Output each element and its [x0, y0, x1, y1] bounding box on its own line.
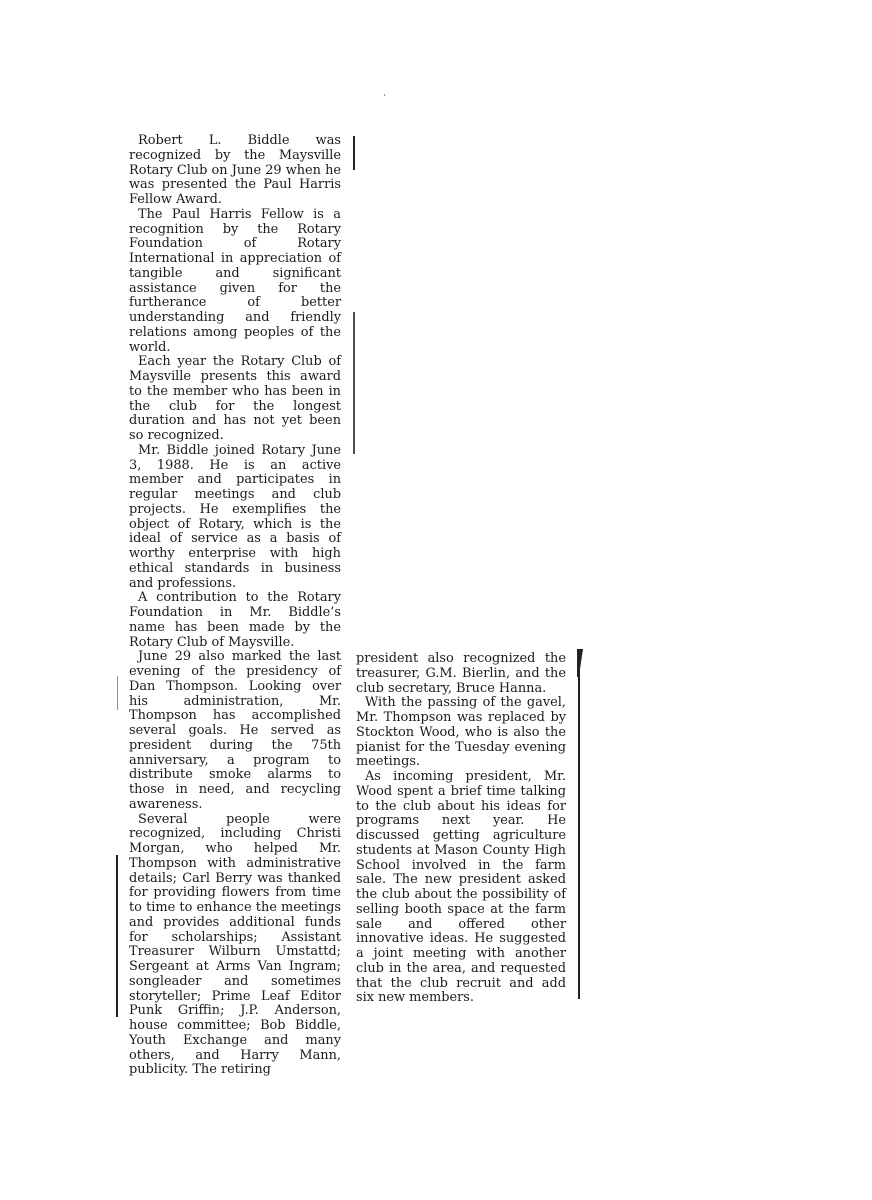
- paragraph-recognitions: Several people were recognized, includin…: [129, 813, 341, 1079]
- scan-speck: [384, 94, 385, 96]
- paragraph-passing-gavel: With the passing of the gavel, Mr. Thomp…: [356, 696, 566, 770]
- paragraph-annual-award: Each year the Rotary Club of Maysville p…: [129, 355, 341, 444]
- paragraph-biddle-membership: Mr. Biddle joined Rotary June 3, 1988. H…: [129, 444, 341, 592]
- paragraph-treasurer-secretary: president also recognized the treasurer,…: [356, 652, 566, 696]
- article-column-1: Robert L. Biddle was recognized by the M…: [129, 134, 341, 1078]
- column-rule-left-lower: [116, 855, 118, 1017]
- scan-speck: [218, 1012, 219, 1014]
- paragraph-incoming-president: As incoming president, Mr. Wood spent a …: [356, 770, 566, 1006]
- paragraph-award-intro: Robert L. Biddle was recognized by the M…: [129, 134, 341, 208]
- column-rule-left-upper: [117, 676, 118, 710]
- column-rule-right: [578, 649, 580, 999]
- column-rule-right-wedge: [577, 649, 583, 677]
- paragraph-thompson-presidency: June 29 also marked the last evening of …: [129, 650, 341, 812]
- paragraph-fellow-definition: The Paul Harris Fellow is a recognition …: [129, 208, 341, 356]
- article-column-2: president also recognized the treasurer,…: [356, 652, 566, 1006]
- column-rule-top-short: [353, 136, 355, 170]
- paragraph-foundation-contribution: A contribution to the Rotary Foundation …: [129, 591, 341, 650]
- column-rule-upper: [353, 312, 355, 454]
